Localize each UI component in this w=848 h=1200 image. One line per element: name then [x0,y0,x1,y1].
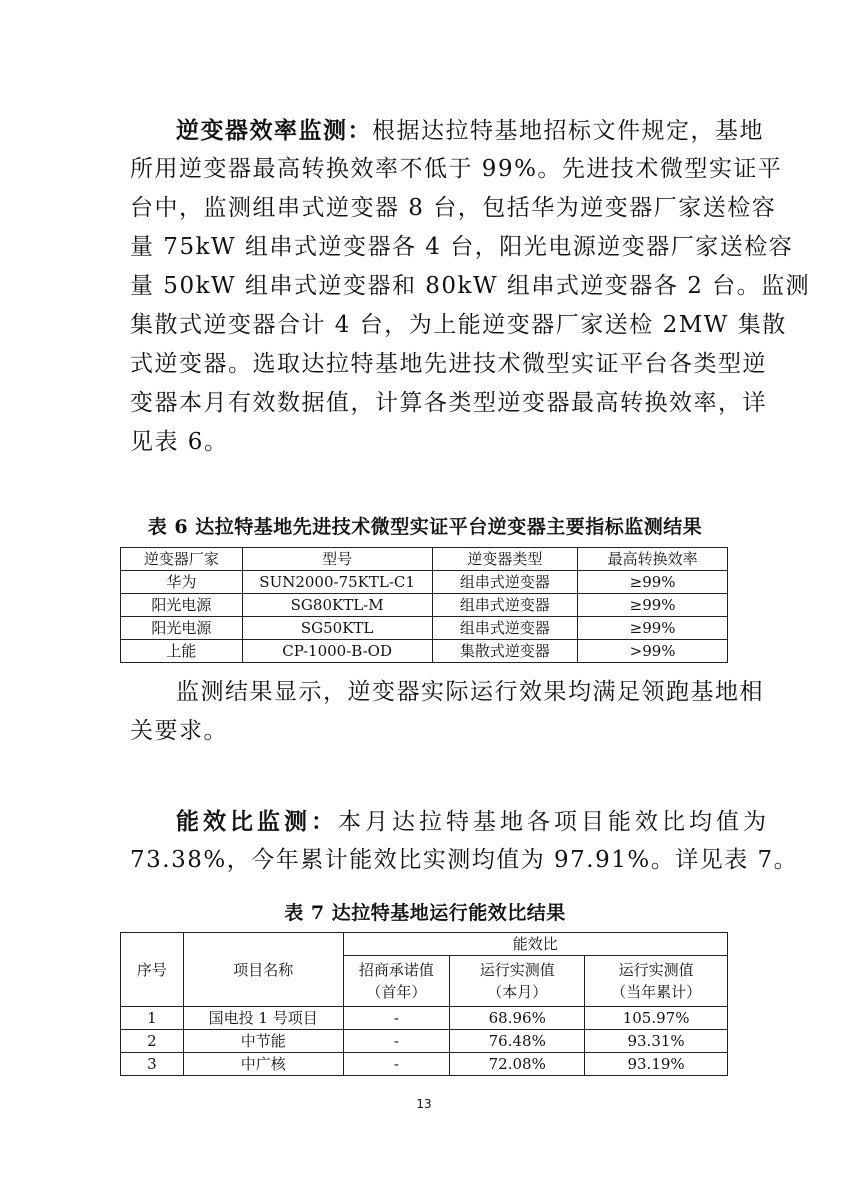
efficiency-cell: ≥99% [578,617,728,640]
group-header: 能效比 [343,933,727,956]
monthly-value-cell: 68.96% [450,1007,585,1030]
index-cell: 3 [121,1053,184,1076]
promised-value-cell: - [343,1053,450,1076]
column-header: 逆变器厂家 [121,548,243,571]
column-header: 最高转换效率 [578,548,728,571]
table6-caption: 表 6 达拉特基地先进技术微型实证平台逆变器主要指标监测结果 [110,512,740,539]
paragraph-line: 关要求。 [130,712,720,751]
table-header-row: 序号 项目名称 能效比 [121,933,728,956]
manufacturer-cell: 阳光电源 [121,594,243,617]
model-cell: SUN2000-75KTL-C1 [242,571,432,594]
efficiency-ratio-table: 序号 项目名称 能效比 招商承诺值 （首年） 运行实测值 （本月） 运行实测值 … [120,932,728,1076]
efficiency-cell: ≥99% [578,571,728,594]
index-cell: 1 [121,1007,184,1030]
inverter-results-table: 逆变器厂家 型号 逆变器类型 最高转换效率 华为 SUN2000-75KTL-C… [120,547,728,663]
column-header: 型号 [242,548,432,571]
manufacturer-cell: 华为 [121,571,243,594]
paragraph-line: 变器本月有效数据值，计算各类型逆变器最高转换效率，详 [130,384,720,423]
efficiency-ratio-paragraph: 能效比监测：本月达拉特基地各项目能效比均值为 73.38%，今年累计能效比实测均… [130,802,720,880]
table-row: 上能 CP-1000-B-OD 集散式逆变器 >99% [121,640,728,663]
section-heading: 逆变器效率监测： [176,117,372,144]
table-row: 2 中节能 - 76.48% 93.31% [121,1030,728,1053]
type-cell: 集散式逆变器 [432,640,578,663]
paragraph-line: 能效比监测：本月达拉特基地各项目能效比均值为 [130,802,720,841]
section-heading: 能效比监测： [176,808,338,835]
project-cell: 中广核 [183,1053,343,1076]
efficiency-cell: >99% [578,640,728,663]
yearly-value-cell: 105.97% [585,1007,728,1030]
index-cell: 2 [121,1030,184,1053]
yearly-value-cell: 93.31% [585,1030,728,1053]
table-row: 3 中广核 - 72.08% 93.19% [121,1053,728,1076]
paragraph-line: 所用逆变器最高转换效率不低于 99%。先进技术微型实证平 [130,150,720,189]
type-cell: 组串式逆变器 [432,571,578,594]
column-header: 序号 [121,933,184,1007]
column-header: 招商承诺值 （首年） [343,956,450,1007]
model-cell: CP-1000-B-OD [242,640,432,663]
type-cell: 组串式逆变器 [432,617,578,640]
inverter-efficiency-paragraph: 逆变器效率监测：根据达拉特基地招标文件规定，基地 所用逆变器最高转换效率不低于 … [130,111,720,462]
table7-caption: 表 7 达拉特基地运行能效比结果 [110,898,740,925]
column-header: 项目名称 [183,933,343,1007]
yearly-value-cell: 93.19% [585,1053,728,1076]
paragraph-line: 集散式逆变器合计 4 台，为上能逆变器厂家送检 2MW 集散 [130,306,720,345]
table-header-row: 逆变器厂家 型号 逆变器类型 最高转换效率 [121,548,728,571]
document-page: 逆变器效率监测：根据达拉特基地招标文件规定，基地 所用逆变器最高转换效率不低于 … [0,0,848,1200]
monthly-value-cell: 76.48% [450,1030,585,1053]
paragraph-line: 量 50kW 组串式逆变器和 80kW 组串式逆变器各 2 台。监测 [130,267,720,306]
paragraph-line: 台中，监测组串式逆变器 8 台，包括华为逆变器厂家送检容 [130,189,720,228]
monthly-value-cell: 72.08% [450,1053,585,1076]
table-row: 华为 SUN2000-75KTL-C1 组串式逆变器 ≥99% [121,571,728,594]
page-number: 13 [0,1097,848,1111]
efficiency-cell: ≥99% [578,594,728,617]
column-header: 运行实测值 （本月） [450,956,585,1007]
column-header: 运行实测值 （当年累计） [585,956,728,1007]
paragraph-line: 式逆变器。选取达拉特基地先进技术微型实证平台各类型逆 [130,345,720,384]
project-cell: 中节能 [183,1030,343,1053]
column-header: 逆变器类型 [432,548,578,571]
model-cell: SG80KTL-M [242,594,432,617]
promised-value-cell: - [343,1030,450,1053]
paragraph-line: 见表 6。 [130,423,720,462]
model-cell: SG50KTL [242,617,432,640]
table-row: 阳光电源 SG80KTL-M 组串式逆变器 ≥99% [121,594,728,617]
paragraph-line: 监测结果显示，逆变器实际运行效果均满足领跑基地相 [130,673,720,712]
table-row: 阳光电源 SG50KTL 组串式逆变器 ≥99% [121,617,728,640]
promised-value-cell: - [343,1007,450,1030]
paragraph-line: 73.38%，今年累计能效比实测均值为 97.91%。详见表 7。 [130,841,720,880]
project-cell: 国电投 1 号项目 [183,1007,343,1030]
manufacturer-cell: 上能 [121,640,243,663]
table-row: 1 国电投 1 号项目 - 68.96% 105.97% [121,1007,728,1030]
paragraph-line: 逆变器效率监测：根据达拉特基地招标文件规定，基地 [130,111,720,150]
manufacturer-cell: 阳光电源 [121,617,243,640]
paragraph-line: 量 75kW 组串式逆变器各 4 台，阳光电源逆变器厂家送检容 [130,228,720,267]
inverter-result-paragraph: 监测结果显示，逆变器实际运行效果均满足领跑基地相 关要求。 [130,673,720,751]
type-cell: 组串式逆变器 [432,594,578,617]
